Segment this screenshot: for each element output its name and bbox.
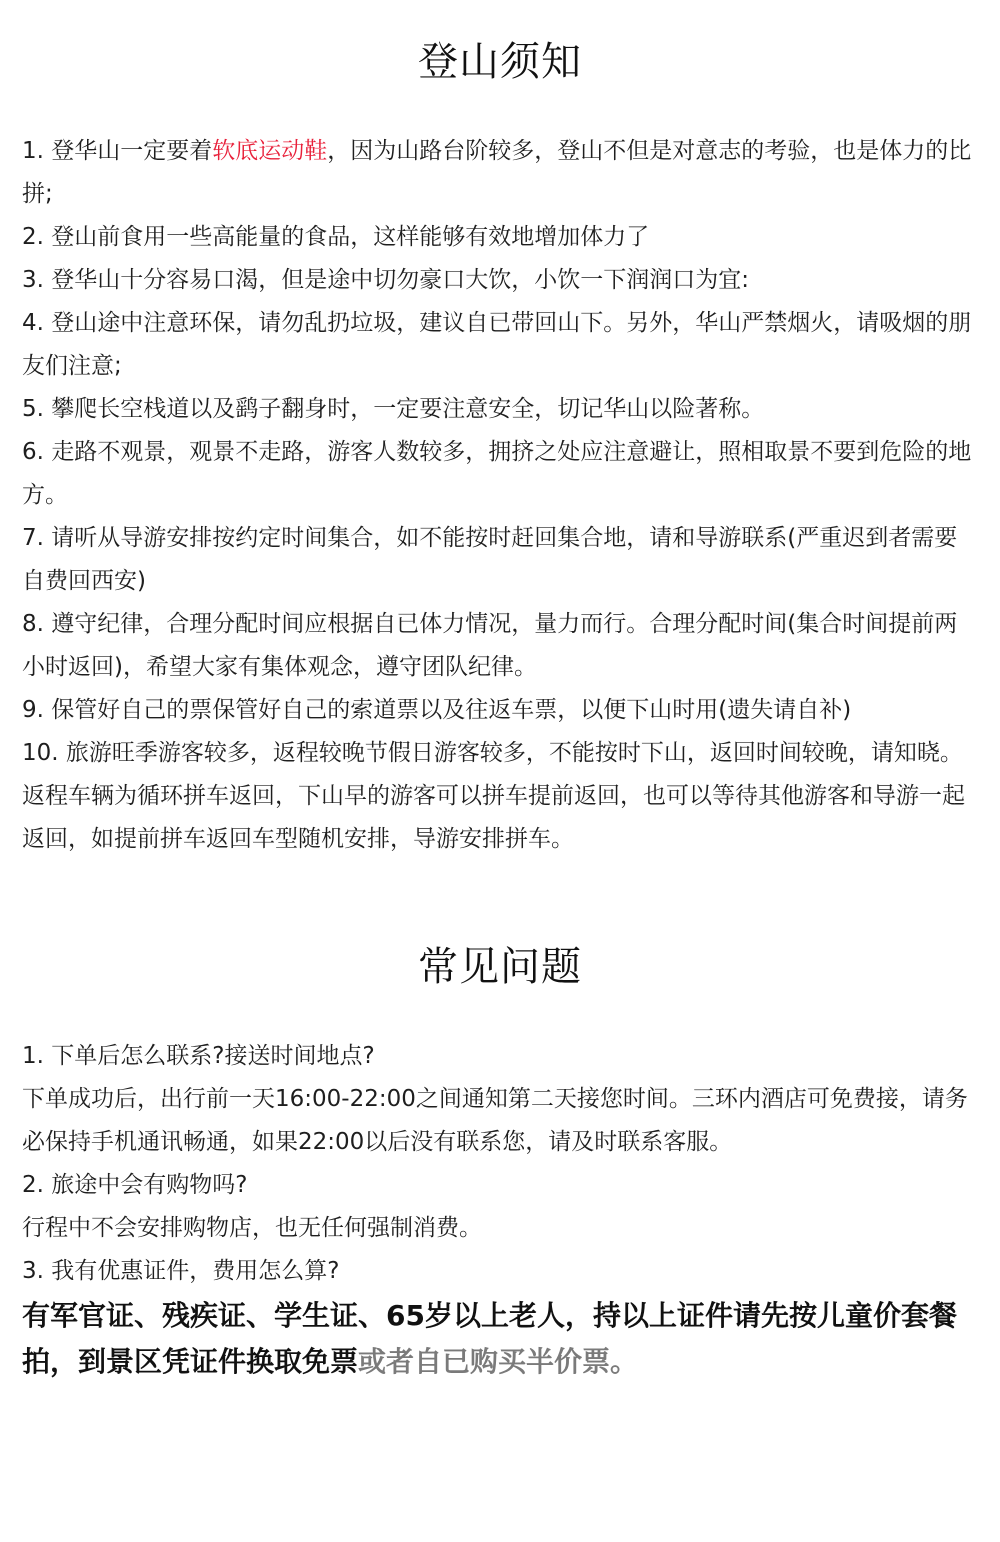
- notice-item-8: 8. 遵守纪律，合理分配时间应根据自已体力情况，量力而行。合理分配时间(集合时间…: [22, 603, 972, 689]
- notice-item-7: 7. 请听从导游安排按约定时间集合，如不能按时赶回集合地，请和导游联系(严重迟到…: [22, 517, 972, 603]
- notice-item-1: 1. 登华山一定要着软底运动鞋，因为山路台阶较多，登山不但是对意志的考验，也是体…: [22, 130, 972, 173]
- faq-question-3: 3. 我有优惠证件，费用怎么算?: [22, 1250, 972, 1293]
- notice-item-1-tail: 拼;: [22, 173, 972, 216]
- notice-item-9: 9. 保管好自己的票保管好自己的索道票以及往返车票，以便下山时用(遗失请自补): [22, 689, 972, 732]
- climbing-notice-list: 1. 登华山一定要着软底运动鞋，因为山路台阶较多，登山不但是对意志的考验，也是体…: [22, 130, 972, 861]
- faq-question-2: 2. 旅途中会有购物吗?: [22, 1164, 972, 1207]
- notice-item-4: 4. 登山途中注意环保，请勿乱扔垃圾，建议自已带回山下。另外，华山严禁烟火，请吸…: [22, 302, 972, 388]
- faq-answer-3: 有军官证、残疾证、学生证、65岁以上老人，持以上证件请先按儿童价套餐拍，到景区凭…: [22, 1293, 972, 1385]
- notice-item-2: 2. 登山前食用一些高能量的食品，这样能够有效地增加体力了: [22, 216, 972, 259]
- faq-list: 1. 下单后怎么联系?接送时间地点? 下单成功后，出行前一天16:00-22:0…: [22, 1035, 972, 1385]
- faq-answer-1: 下单成功后，出行前一天16:00-22:00之间通知第二天接您时间。三环内酒店可…: [22, 1078, 972, 1164]
- notice-item-3: 3. 登华山十分容易口渴，但是途中切勿豪口大饮，小饮一下润润口为宜:: [22, 259, 972, 302]
- section-title-climbing-notice: 登山须知: [0, 30, 1000, 87]
- highlight-soft-shoes: 软底运动鞋: [212, 138, 327, 164]
- half-price-note: 或者自已购买半价票。: [358, 1345, 638, 1378]
- faq-question-1: 1. 下单后怎么联系?接送时间地点?: [22, 1035, 972, 1078]
- faq-answer-2: 行程中不会安排购物店，也无任何强制消费。: [22, 1207, 972, 1250]
- section-title-faq: 常见问题: [0, 935, 1000, 992]
- notice-item-5: 5. 攀爬长空栈道以及鹞子翻身时，一定要注意安全，切记华山以险著称。: [22, 388, 972, 431]
- notice-item-6: 6. 走路不观景，观景不走路，游客人数较多，拥挤之处应注意避让，照相取景不要到危…: [22, 431, 972, 517]
- notice-item-10: 10. 旅游旺季游客较多，返程较晚节假日游客较多，不能按时下山，返回时间较晚，请…: [22, 732, 972, 861]
